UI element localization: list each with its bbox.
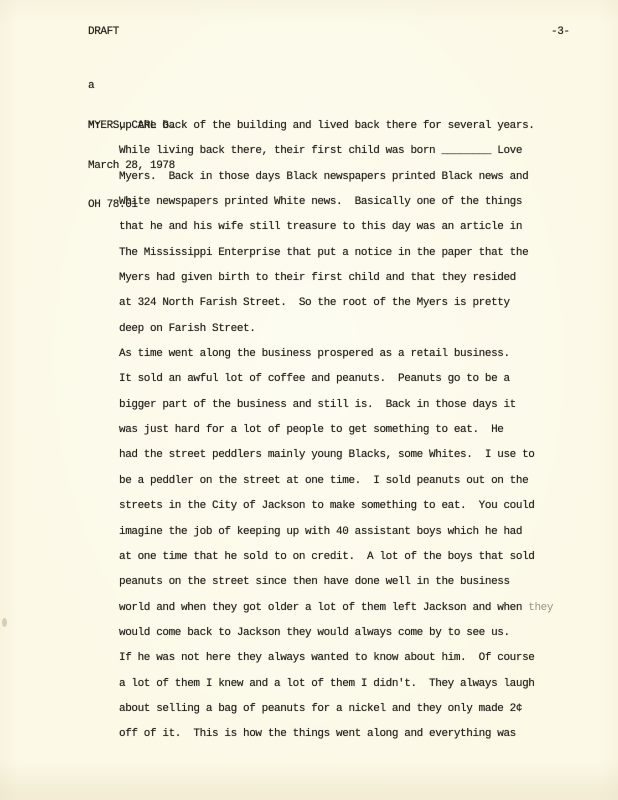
transcript-line: deep on Farish Street. — [119, 317, 599, 342]
transcript-line: The Mississippi Enterprise that put a no… — [119, 241, 599, 266]
faded-word: they — [528, 602, 553, 614]
transcript-line: that he and his wife still treasure to t… — [119, 215, 599, 240]
transcript-line: If he was not here they always wanted to… — [119, 646, 599, 671]
transcript-line: be a peddler on the street at one time. … — [119, 469, 599, 494]
scan-artifact-speck — [2, 618, 7, 627]
transcript-line: White newspapers printed White news. Bas… — [119, 190, 599, 215]
transcript-line: Myers had given birth to their first chi… — [119, 266, 599, 291]
transcript-line: imagine the job of keeping up with 40 as… — [119, 520, 599, 545]
transcript-line: As time went along the business prospere… — [119, 342, 599, 367]
id-block-line: a — [88, 80, 175, 93]
transcript-line: peanuts on the street since then have do… — [119, 570, 599, 595]
transcript-line: streets in the City of Jackson to make s… — [119, 494, 599, 519]
page-header: DRAFT -3- — [0, 26, 618, 40]
transcript-line: a lot of them I knew and a lot of them I… — [119, 672, 599, 697]
transcript-line: Myers. Back in those days Black newspape… — [119, 165, 599, 190]
scanned-document-page: DRAFT -3- a MYERS, CARL G. March 28, 197… — [0, 0, 618, 800]
transcript-line: at one time that he sold to on credit. A… — [119, 545, 599, 570]
transcript-line: would come back to Jackson they would al… — [119, 621, 599, 646]
speaker-label: M: — [88, 114, 100, 139]
draft-label: DRAFT — [88, 26, 119, 38]
transcript-line: up the back of the building and lived ba… — [119, 114, 599, 139]
transcript-line: was just hard for a lot of people to get… — [119, 418, 599, 443]
transcript-line: had the street peddlers mainly young Bla… — [119, 443, 599, 468]
transcript-line: While living back there, their first chi… — [119, 139, 599, 164]
transcript-line: world and when they got older a lot of t… — [119, 596, 599, 621]
transcript-line: bigger part of the business and still is… — [119, 393, 599, 418]
transcript-line: about selling a bag of peanuts for a nic… — [119, 697, 599, 722]
page-number: -3- — [551, 26, 570, 38]
transcript-line: at 324 North Farish Street. So the root … — [119, 291, 599, 316]
transcript-lines: up the back of the building and lived ba… — [119, 114, 599, 748]
transcript-line: It sold an awful lot of coffee and peanu… — [119, 367, 599, 392]
transcript-line: off of it. This is how the things went a… — [119, 722, 599, 747]
